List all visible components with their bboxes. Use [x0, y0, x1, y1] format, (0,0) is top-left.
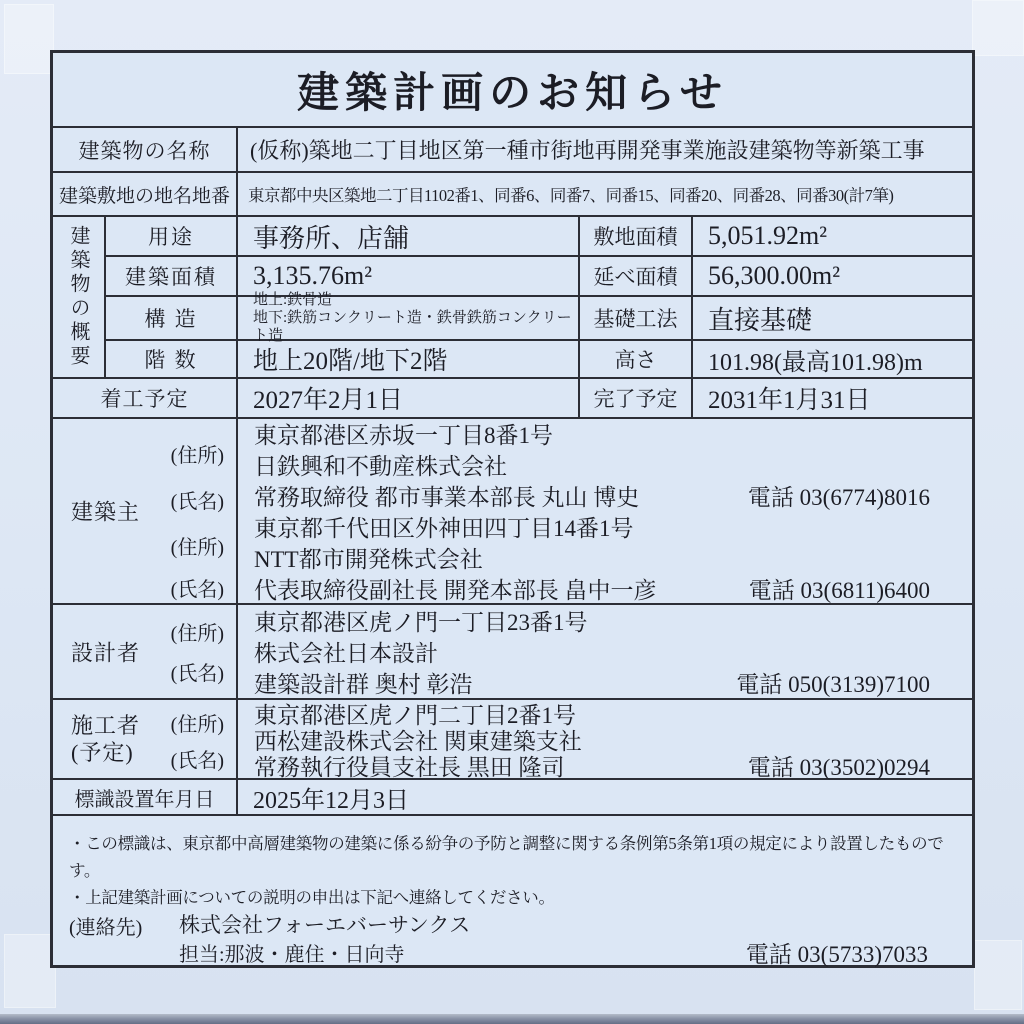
mounting-tape-bottom-right: [974, 940, 1022, 1010]
overview-grid: 用途 事務所、店舗 敷地面積 5,051.92m² 建築面積 3,135.76m…: [106, 217, 972, 377]
designer-address: 東京都港区虎ノ門一丁目23番1号: [254, 605, 972, 636]
site-area-label: 敷地面積: [580, 217, 693, 255]
end-date-label: 完了予定: [580, 379, 693, 417]
foundation-value: 直接基礎: [693, 297, 972, 339]
end-date-value: 2031年1月31日: [693, 379, 972, 417]
contractor-label: 施工者 (予定): [71, 712, 140, 766]
owner1-person: 常務取締役 都市事業本部長 丸山 博史: [254, 479, 639, 512]
sign-title: 建築計画のお知らせ: [297, 60, 728, 120]
structure-value: 地上:鉄骨造 地下:鉄筋コンクリート造・鉄骨鉄筋コンクリート造: [238, 297, 580, 339]
building-name-value: (仮称)築地二丁目地区第一種市街地再開発事業施設建築物等新築工事: [238, 128, 972, 171]
owner1-person-line: 常務取締役 都市事業本部長 丸山 博史 電話 03(6774)8016: [254, 480, 972, 511]
construction-notice-photo: { "sign": { "title": "建築計画のお知らせ", "rows"…: [0, 0, 1024, 1024]
photo-bottom-edge: [0, 1014, 1024, 1024]
notes-section: ・この標識は、東京都中高層建築物の建築に係る紛争の予防と調整に関する条例第5条第…: [53, 816, 972, 965]
designer-section: 設計者 (住所) (氏名) 東京都港区虎ノ門一丁目23番1号 株式会社日本設計 …: [53, 605, 972, 700]
title-row: 建築計画のお知らせ: [53, 53, 972, 128]
owner-section: 建築主 (住所) (氏名) (住所) (氏名) 東京都港区赤坂一丁目8番1号 日…: [53, 419, 972, 605]
owner2-address-label: (住所): [171, 531, 224, 560]
site-area-value: 5,051.92m²: [693, 217, 972, 255]
contractor-label-line2: (予定): [71, 739, 140, 766]
building-name-row: 建築物の名称 (仮称)築地二丁目地区第一種市街地再開発事業施設建築物等新築工事: [53, 128, 972, 173]
notes-block: ・この標識は、東京都中高層建築物の建築に係る紛争の予防と調整に関する条例第5条第…: [69, 830, 958, 911]
start-date-value: 2027年2月1日: [238, 379, 580, 417]
floors-label: 階 数: [106, 341, 238, 377]
contractor-label-line1: 施工者: [71, 712, 140, 739]
contact-details: 株式会社フォーエバーサンクス 担当:那波・鹿住・日向寺 電話 03(5733)7…: [179, 911, 958, 970]
building-name-label: 建築物の名称: [53, 128, 238, 171]
owner1-phone: 電話 03(6774)8016: [748, 479, 930, 512]
structure-above-ground: 地上:鉄骨造: [253, 291, 332, 309]
contractor-address-label: (住所): [171, 708, 224, 737]
designer-person-line: 建築設計群 奥村 彰浩 電話 050(3139)7100: [254, 667, 972, 698]
total-floor-area-label: 延べ面積: [580, 257, 693, 295]
contact-staff-line: 担当:那波・鹿住・日向寺 電話 03(5733)7033: [179, 940, 958, 970]
site-address-row: 建築敷地の地名地番 東京都中央区築地二丁目1102番1、同番6、同番7、同番15…: [53, 173, 972, 217]
owner2-address: 東京都千代田区外神田四丁目14番1号: [254, 511, 972, 542]
sign-date-value: 2025年12月3日: [238, 780, 972, 814]
site-address-value: 東京都中央区築地二丁目1102番1、同番6、同番7、同番15、同番20、同番28…: [238, 173, 972, 215]
contractor-person: 常務執行役員支社長 黒田 隆司: [254, 749, 565, 782]
owner-entry-2: 東京都千代田区外神田四丁目14番1号 NTT都市開発株式会社 代表取締役副社長 …: [254, 511, 972, 604]
building-overview-section: 建築物の概要 用途 事務所、店舗 敷地面積 5,051.92m² 建築面積 3,…: [53, 217, 972, 379]
contact-phone: 電話 03(5733)7033: [746, 940, 928, 970]
total-floor-area-value: 56,300.00m²: [693, 257, 972, 295]
usage-label: 用途: [106, 217, 238, 255]
contractor-label-cell: 施工者 (予定) (住所) (氏名): [53, 700, 238, 778]
designer-phone: 電話 050(3139)7100: [736, 666, 930, 699]
contractor-section: 施工者 (予定) (住所) (氏名) 東京都港区虎ノ門二丁目2番1号 西松建設株…: [53, 700, 972, 780]
height-label: 高さ: [580, 341, 693, 377]
overview-group-cell: 建築物の概要: [53, 217, 106, 377]
overview-row-building-area: 建築面積 3,135.76m² 延べ面積 56,300.00m²: [106, 257, 972, 297]
owner2-phone: 電話 03(6811)6400: [749, 572, 930, 605]
owner2-company: NTT都市開発株式会社: [254, 542, 972, 573]
owner2-person-line: 代表取締役副社長 開発本部長 畠中一彦 電話 03(6811)6400: [254, 573, 972, 604]
owner1-company: 日鉄興和不動産株式会社: [254, 449, 972, 480]
designer-address-label: (住所): [171, 617, 224, 646]
start-date-label: 着工予定: [53, 379, 238, 417]
structure-label: 構 造: [106, 297, 238, 339]
schedule-row: 着工予定 2027年2月1日 完了予定 2031年1月31日: [53, 379, 972, 419]
floors-value: 地上20階/地下2階: [238, 341, 580, 377]
construction-notice-board: 建築計画のお知らせ 建築物の名称 (仮称)築地二丁目地区第一種市街地再開発事業施…: [50, 50, 975, 968]
height-value: 101.98(最高101.98)m: [693, 341, 972, 377]
contractor-content: 東京都港区虎ノ門二丁目2番1号 西松建設株式会社 関東建築支社 常務執行役員支社…: [238, 700, 972, 778]
contractor-person-line: 常務執行役員支社長 黒田 隆司 電話 03(3502)0294: [254, 752, 972, 778]
designer-company: 株式会社日本設計: [254, 636, 972, 667]
contact-staff: 担当:那波・鹿住・日向寺: [179, 940, 405, 970]
note-1: ・この標識は、東京都中高層建築物の建築に係る紛争の予防と調整に関する条例第5条第…: [69, 830, 958, 884]
mounting-tape-top-right: [972, 0, 1024, 56]
contractor-entry: 東京都港区虎ノ門二丁目2番1号 西松建設株式会社 関東建築支社 常務執行役員支社…: [254, 700, 972, 778]
contact-block: (連絡先) 株式会社フォーエバーサンクス 担当:那波・鹿住・日向寺 電話 03(…: [69, 911, 958, 970]
contractor-phone: 電話 03(3502)0294: [748, 749, 930, 782]
owner-label: 建築主: [71, 496, 140, 527]
owner-content: 東京都港区赤坂一丁目8番1号 日鉄興和不動産株式会社 常務取締役 都市事業本部長…: [238, 419, 972, 603]
owner-entry-1: 東京都港区赤坂一丁目8番1号 日鉄興和不動産株式会社 常務取締役 都市事業本部長…: [254, 418, 972, 511]
designer-content: 東京都港区虎ノ門一丁目23番1号 株式会社日本設計 建築設計群 奥村 彰浩 電話…: [238, 605, 972, 698]
designer-person: 建築設計群 奥村 彰浩: [254, 666, 473, 699]
owner-label-cell: 建築主 (住所) (氏名) (住所) (氏名): [53, 419, 238, 603]
mounting-tape-top-left: [4, 4, 54, 74]
owner1-address: 東京都港区赤坂一丁目8番1号: [254, 418, 972, 449]
designer-entry: 東京都港区虎ノ門一丁目23番1号 株式会社日本設計 建築設計群 奥村 彰浩 電話…: [254, 605, 972, 698]
owner2-person: 代表取締役副社長 開発本部長 畠中一彦: [254, 572, 657, 605]
owner2-name-label: (氏名): [171, 573, 224, 602]
site-address-label: 建築敷地の地名地番: [53, 173, 238, 215]
overview-row-usage: 用途 事務所、店舗 敷地面積 5,051.92m²: [106, 217, 972, 257]
foundation-label: 基礎工法: [580, 297, 693, 339]
usage-value: 事務所、店舗: [238, 217, 580, 255]
designer-name-label: (氏名): [171, 657, 224, 686]
contractor-name-label: (氏名): [171, 744, 224, 773]
contact-label: (連絡先): [69, 911, 179, 940]
sign-date-row: 標識設置年月日 2025年12月3日: [53, 780, 972, 816]
designer-label: 設計者: [71, 636, 140, 667]
structure-below-ground: 地下:鉄筋コンクリート造・鉄骨鉄筋コンクリート造: [253, 309, 578, 345]
overview-group-label: 建築物の概要: [64, 225, 93, 369]
building-area-value: 3,135.76m²: [238, 257, 580, 295]
designer-label-cell: 設計者 (住所) (氏名): [53, 605, 238, 698]
mounting-tape-bottom-left: [4, 934, 56, 1008]
sign-date-label: 標識設置年月日: [53, 780, 238, 814]
owner1-address-label: (住所): [171, 439, 224, 468]
owner1-name-label: (氏名): [171, 485, 224, 514]
overview-row-structure: 構 造 地上:鉄骨造 地下:鉄筋コンクリート造・鉄骨鉄筋コンクリート造 基礎工法…: [106, 297, 972, 341]
overview-row-floors: 階 数 地上20階/地下2階 高さ 101.98(最高101.98)m: [106, 341, 972, 377]
note-2: ・上記建築計画についての説明の申出は下記へ連絡してください。: [69, 884, 958, 911]
building-area-label: 建築面積: [106, 257, 238, 295]
contact-company: 株式会社フォーエバーサンクス: [179, 911, 958, 940]
